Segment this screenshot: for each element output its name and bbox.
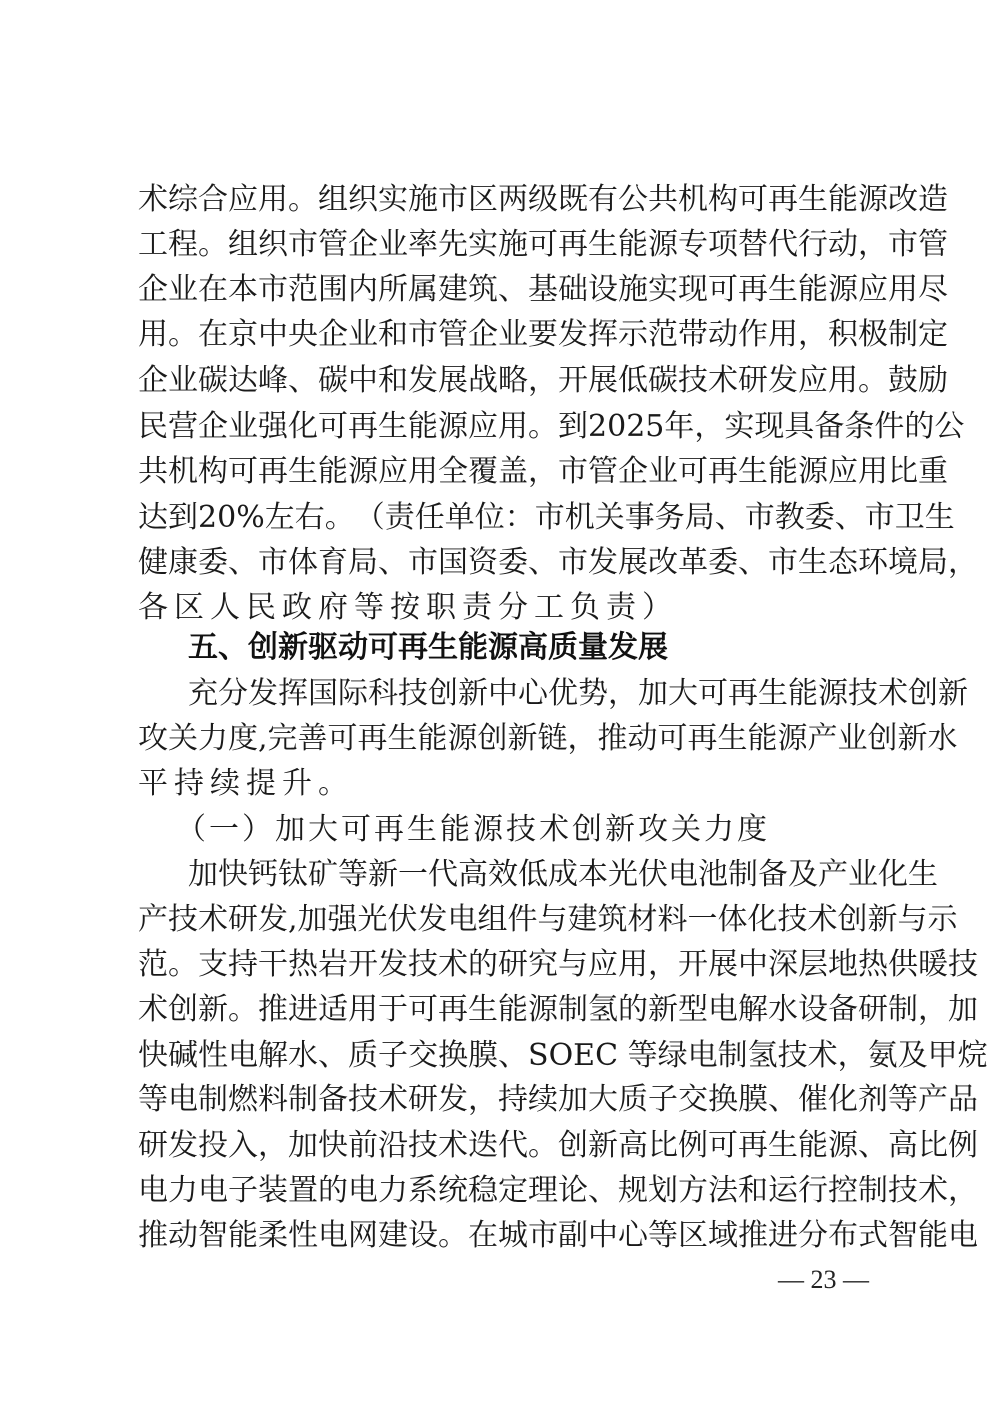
paragraph-line: 术创新。推进适用于可再生能源制氢的新型电解水设备研制，加 bbox=[138, 990, 874, 1030]
paragraph-line: 企业在本市范围内所属建筑、基础设施实现可再生能源应用尽 bbox=[138, 270, 874, 310]
paragraph-line: 加快钙钛矿等新一代高效低成本光伏电池制备及产业化生 bbox=[188, 855, 874, 895]
paragraph-line: 平持续提升。 bbox=[138, 764, 874, 804]
paragraph-line: 范。支持干热岩开发技术的研究与应用，开展中深层地热供暖技 bbox=[138, 945, 874, 985]
paragraph-line: 企业碳达峰、碳中和发展战略，开展低碳技术研发应用。鼓励 bbox=[138, 361, 874, 401]
paragraph-line: 用。在京中央企业和市管企业要发挥示范带动作用，积极制定 bbox=[138, 315, 874, 355]
paragraph-line: 术综合应用。组织实施市区两级既有公共机构可再生能源改造 bbox=[138, 180, 874, 220]
paragraph-line: 快碱性电解水、质子交换膜、SOEC 等绿电制氢技术，氨及甲烷 bbox=[138, 1036, 874, 1076]
paragraph-line: 健康委、市体育局、市国资委、市发展改革委、市生态环境局， bbox=[138, 543, 874, 583]
paragraph-line: 攻关力度,完善可再生能源创新链，推动可再生能源产业创新水 bbox=[138, 719, 874, 759]
paragraph-line: 电力电子装置的电力系统稳定理论、规划方法和运行控制技术， bbox=[138, 1171, 874, 1211]
paragraph-line: 工程。组织市管企业率先实施可再生能源专项替代行动，市管 bbox=[138, 225, 874, 265]
paragraph-line: 充分发挥国际科技创新中心优势，加大可再生能源技术创新 bbox=[188, 674, 874, 714]
paragraph-line: 各区人民政府等按职责分工负责） bbox=[138, 588, 874, 628]
paragraph-line: 等电制燃料制备技术研发，持续加大质子交换膜、催化剂等产品 bbox=[138, 1080, 874, 1120]
paragraph-line: 达到20%左右。（责任单位：市机关事务局、市教委、市卫生 bbox=[138, 498, 874, 538]
paragraph-line: 民营企业强化可再生能源应用。到2025年，实现具备条件的公 bbox=[138, 407, 874, 447]
paragraph-line: 产技术研发,加强光伏发电组件与建筑材料一体化技术创新与示 bbox=[138, 900, 874, 940]
paragraph-line: 共机构可再生能源应用全覆盖，市管企业可再生能源应用比重 bbox=[138, 452, 874, 492]
subsection-heading: （一）加大可再生能源技术创新攻关力度 bbox=[176, 810, 770, 850]
section-heading: 五、创新驱动可再生能源高质量发展 bbox=[188, 628, 668, 668]
page-number: — 23 — bbox=[778, 1262, 869, 1298]
paragraph-line: 推动智能柔性电网建设。在城市副中心等区域推进分布式智能电 bbox=[138, 1216, 874, 1256]
document-page: 术综合应用。组织实施市区两级既有公共机构可再生能源改造 工程。组织市管企业率先实… bbox=[0, 0, 1000, 1414]
paragraph-line: 研发投入，加快前沿技术迭代。创新高比例可再生能源、高比例 bbox=[138, 1126, 874, 1166]
